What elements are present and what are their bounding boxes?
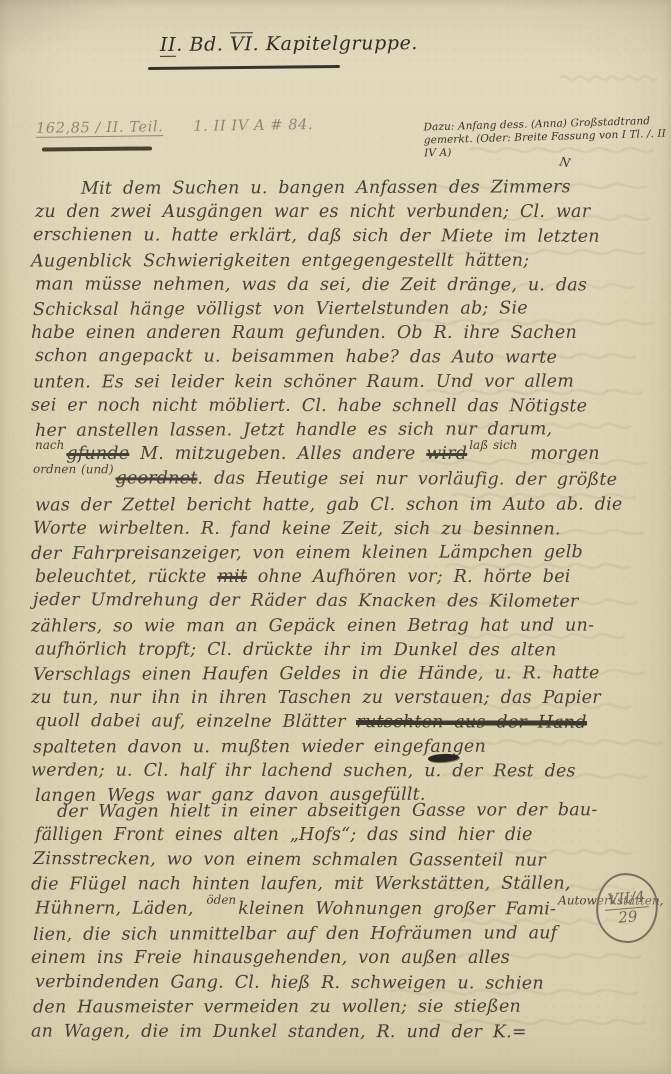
ink-note-mark: N	[558, 155, 573, 170]
manuscript-line: spalteten davon u. mußten wieder eingefa…	[33, 734, 633, 759]
handwriting-text: die Flügel nach hinten laufen, mit Werks…	[31, 874, 571, 895]
handwriting-text: werden; u. Cl. half ihr lachend suchen, …	[31, 760, 576, 781]
manuscript-line: Zinsstrecken, wo von einem schmalen Gass…	[33, 847, 633, 873]
manuscript-line: sei er noch nicht möbliert. Cl. habe sch…	[31, 393, 633, 418]
struck-text: wird	[426, 444, 467, 464]
manuscript-line: nachgfunde M. mitzugeben. Alles andere w…	[33, 442, 633, 467]
manuscript-line: Augenblick Schwierigkeiten entgegengeste…	[31, 248, 633, 273]
band-numeral: II	[160, 34, 176, 57]
handwriting-text: Worte wirbelten. R. fand keine Zeit, sic…	[33, 518, 561, 539]
struck-text: mit	[217, 567, 247, 587]
pencil-number: 162,85	[36, 120, 91, 138]
pencil-underline-stroke	[42, 146, 152, 151]
manuscript-line: Schicksal hänge völligst von Viertelstun…	[33, 296, 633, 322]
handwriting-text: ohne Aufhören vor; R. hörte bei	[247, 567, 571, 587]
manuscript-line: schon angepackt u. beisammen habe? das A…	[35, 344, 633, 370]
handwriting-text: der Wagen hielt in einer abseitigen Gass…	[57, 800, 598, 822]
manuscript-line: die Flügel nach hinten laufen, mit Werks…	[31, 872, 633, 897]
manuscript-line: fälligen Front eines alten „Hofs“; das s…	[35, 823, 633, 847]
handwriting-text: Mit dem Suchen u. bangen Anfassen des Zi…	[81, 177, 571, 199]
band-label: . Bd.	[176, 33, 230, 55]
handwriting-text: beleuchtet, rückte	[35, 567, 217, 587]
inserted-text: nach	[35, 433, 64, 457]
manuscript-line: ordnen (und)geordnet. das Heutige sei nu…	[31, 466, 633, 493]
manuscript-line: an Wagen, die im Dunkel standen, R. und …	[31, 1019, 633, 1044]
handwriting-text: schon angepackt u. beisammen habe? das A…	[35, 346, 557, 368]
handwriting-text: Augenblick Schwierigkeiten entgegengeste…	[31, 250, 529, 271]
handwriting-text: Verschlags einen Haufen Geldes in die Hä…	[33, 663, 600, 685]
manuscript-line: man müsse nehmen, was da sei, die Zeit d…	[35, 272, 633, 297]
manuscript-line: Verschlags einen Haufen Geldes in die Hä…	[33, 661, 633, 687]
manuscript-line: beleuchtet, rückte mit ohne Aufhören vor…	[35, 565, 633, 589]
handwriting-text: unten. Es sei leider kein schöner Raum. …	[33, 371, 574, 392]
handwriting-text: den Hausmeister vermeiden zu wollen; sie…	[33, 997, 521, 1018]
manuscript-line: her anstellen lassen. Jetzt handle es si…	[35, 417, 633, 443]
manuscript-line: zu tun, nur ihn in ihren Taschen zu vers…	[31, 686, 633, 710]
manuscript-line: zählers, so wie man an Gepäck einen Betr…	[31, 613, 633, 638]
handwriting-text: morgen	[519, 444, 599, 464]
handwriting-text: . das Heutige sei nur vorläufig. der grö…	[197, 469, 617, 490]
manuscript-line: aufhörlich tropft; Cl. drückte ihr im Du…	[35, 637, 633, 662]
handwriting-text: kleinen Wohnungen großer Fami-	[238, 898, 556, 918]
manuscript-line: der Fahrpreisanzeiger, von einem kleinen…	[31, 540, 633, 566]
chapter-heading: II. Bd. VI. Kapitelgruppe.	[160, 32, 418, 56]
manuscript-line: unten. Es sei leider kein schöner Raum. …	[33, 369, 633, 394]
folio-stamp-number: 29	[618, 908, 639, 927]
manuscript-line: lien, die sich unmittelbar auf den Hofrä…	[33, 921, 633, 947]
inserted-text: laß sich	[469, 433, 517, 457]
ink-note-line2: gemerkt. (Oder: Breite Fassung von I Tl.…	[424, 128, 666, 160]
handwriting-text: der Fahrpreisanzeiger, von einem kleinen…	[31, 542, 583, 564]
manuscript-page: II. Bd. VI. Kapitelgruppe. 162,85 / II. …	[0, 0, 671, 1074]
handwriting-text: erschienen u. hatte erklärt, daß sich de…	[33, 225, 600, 247]
handwriting-text: quoll dabei auf, einzelne Blätter	[35, 712, 356, 733]
handwriting-text: was der Zettel bericht hatte, gab Cl. sc…	[35, 494, 622, 515]
handwriting-text: lien, die sich unmittelbar auf den Hofrä…	[33, 923, 557, 945]
manuscript-line: quoll dabei auf, einzelne Blätter rutsch…	[35, 710, 633, 736]
handwriting-text: Zinsstrecken, wo von einem schmalen Gass…	[33, 849, 546, 871]
handwriting-text: zu tun, nur ihn in ihren Taschen zu vers…	[31, 688, 601, 708]
handwriting-text: fälligen Front eines alten „Hofs“; das s…	[35, 825, 533, 845]
handwriting-text: zählers, so wie man an Gepäck einen Betr…	[31, 615, 594, 636]
manuscript-line: Hühnern, Läden, ödenkleinen Wohnungen gr…	[35, 896, 633, 922]
pencil-signature: 1. II IV A # 84.	[193, 117, 313, 135]
manuscript-line: einem ins Freie hinausgehenden, von auße…	[31, 946, 633, 970]
manuscript-line: werden; u. Cl. half ihr lachend suchen, …	[31, 758, 633, 783]
handwriting-text: verbindenden Gang. Cl. hieß R. schweigen…	[35, 972, 544, 994]
handwriting-text: Schicksal hänge völligst von Viertelstun…	[33, 298, 528, 320]
manuscript-line: zu den zwei Ausgängen war es nicht verbu…	[35, 200, 633, 224]
handwriting-text: an Wagen, die im Dunkel standen, R. und …	[31, 1021, 527, 1042]
handwriting-text: spalteten davon u. mußten wieder eingefa…	[33, 736, 486, 757]
ink-margin-note: Dazu: Anfang dess. (Anna) Großstadtrand …	[423, 115, 670, 174]
group-numeral: VI	[230, 32, 253, 55]
handwriting-text: einem ins Freie hinausgehenden, von auße…	[31, 948, 510, 968]
paragraph: Mit dem Suchen u. bangen Anfassen des Zi…	[33, 176, 633, 807]
struck-text: geordnet	[116, 469, 198, 489]
handwriting-text: M. mitzugeben. Alles andere	[129, 444, 426, 464]
manuscript-line: jeder Umdrehung der Räder das Knacken de…	[33, 589, 633, 615]
paragraph: der Wagen hielt in einer abseitigen Gass…	[33, 799, 633, 1044]
handwriting-text: zu den zwei Ausgängen war es nicht verbu…	[35, 202, 590, 222]
manuscript-line: der Wagen hielt in einer abseitigen Gass…	[31, 798, 633, 824]
manuscript-line: Worte wirbelten. R. fand keine Zeit, sic…	[33, 516, 633, 541]
heading-underline	[148, 65, 340, 70]
group-label: . Kapitelgruppe.	[252, 32, 418, 55]
pencil-archival-annotation: 162,85 / II. Teil.1. II IV A # 84.	[36, 117, 313, 137]
manuscript-line: was der Zettel bericht hatte, gab Cl. sc…	[35, 492, 633, 517]
handwriting-text: Hühnern, Läden,	[35, 898, 204, 918]
handwriting-text: jeder Umdrehung der Räder das Knacken de…	[33, 591, 579, 613]
handwriting-text: aufhörlich tropft; Cl. drückte ihr im Du…	[35, 639, 556, 660]
manuscript-line: den Hausmeister vermeiden zu wollen; sie…	[33, 995, 633, 1020]
handwriting-text: habe einen anderen Raum gefunden. Ob R. …	[31, 323, 577, 343]
handwriting-text: sei er noch nicht möbliert. Cl. habe sch…	[31, 395, 587, 416]
manuscript-line: erschienen u. hatte erklärt, daß sich de…	[33, 223, 633, 249]
manuscript-line: Mit dem Suchen u. bangen Anfassen des Zi…	[31, 175, 633, 201]
inserted-text: öden	[206, 887, 236, 911]
manuscript-line: verbindenden Gang. Cl. hieß R. schweigen…	[35, 970, 633, 996]
manuscript-line: habe einen anderen Raum gefunden. Ob R. …	[31, 321, 633, 345]
handwriting-text: man müsse nehmen, was da sei, die Zeit d…	[35, 274, 587, 295]
inserted-text: ordnen (und)	[33, 457, 114, 481]
struck-text: rutschten aus der Hand	[356, 713, 586, 734]
pencil-part: / II. Teil.	[90, 119, 163, 137]
